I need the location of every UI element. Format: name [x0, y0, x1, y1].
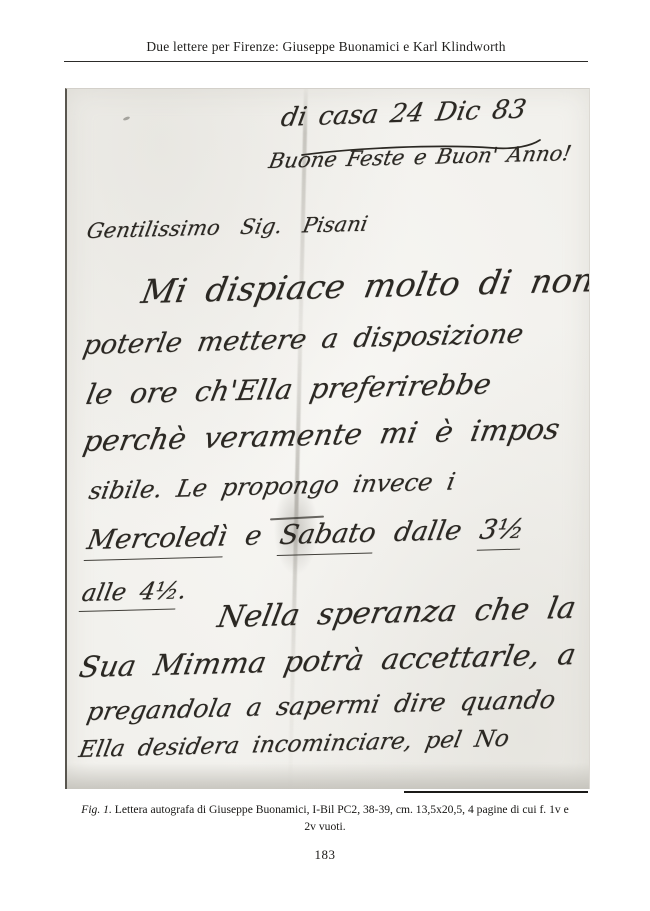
handwriting-body-line-10: pregandola a sapermi dire quando	[85, 687, 558, 724]
handwriting-greeting-line: Buone Feste e Buon' Anno!	[267, 143, 573, 172]
caption-text-line-2: 2v vuoti.	[304, 820, 345, 833]
underlined-word-time: 3½	[476, 514, 526, 551]
header-rule	[64, 61, 588, 62]
handwriting-date-line: di casa 24 Dic 83	[279, 97, 528, 131]
handwriting-body-line-11: Ella desidera incominciare, pel No	[77, 728, 511, 762]
handwriting-body-line-8: Nella speranza che la	[215, 594, 578, 633]
underlined-word-sabato: Sabato	[276, 518, 378, 556]
figure-caption: Fig. 1. Lettera autografa di Giuseppe Bu…	[0, 801, 650, 836]
running-title: Due lettere per Firenze: Giuseppe Buonam…	[64, 39, 588, 55]
word: e	[242, 520, 264, 551]
page-number: 183	[0, 847, 650, 863]
scan-bottom-edge-line	[404, 791, 588, 793]
underlined-word-mercoledi: Mercoledì	[84, 521, 230, 561]
journal-page: Due lettere per Firenze: Giuseppe Buonam…	[0, 0, 650, 911]
handwriting-body-line-7: alle 4½.	[80, 578, 189, 605]
handwriting-body-line-2: poterle mettere a disposizione	[81, 321, 525, 359]
underlined-word-time2: alle 4½	[79, 576, 182, 612]
handwriting-body-line-4: perchè veramente mi è impos	[81, 415, 562, 456]
word: dalle	[392, 515, 465, 548]
letter-scan-figure: di casa 24 Dic 83 Buone Feste e Buon' An…	[65, 88, 590, 789]
caption-fig-label: Fig. 1.	[81, 803, 112, 816]
handwriting-body-line-9: Sua Mimma potrà accettarle, a	[77, 640, 578, 682]
ink-speck	[123, 116, 131, 121]
handwriting-salutation-line: Gentilissimo Sig. Pisani	[85, 214, 369, 242]
handwriting-body-line-3: le ore ch'Ella preferirebbe	[84, 370, 493, 409]
handwriting-body-line-1: Mi dispiace molto di non	[139, 263, 590, 308]
caption-text-line-1: Lettera autografa di Giuseppe Buonamici,…	[115, 803, 569, 816]
handwriting-body-line-5: sibile. Le propongo invece i	[87, 469, 457, 503]
handwriting-body-line-6: Mercoledì e Sabato dalle 3½	[85, 516, 526, 554]
